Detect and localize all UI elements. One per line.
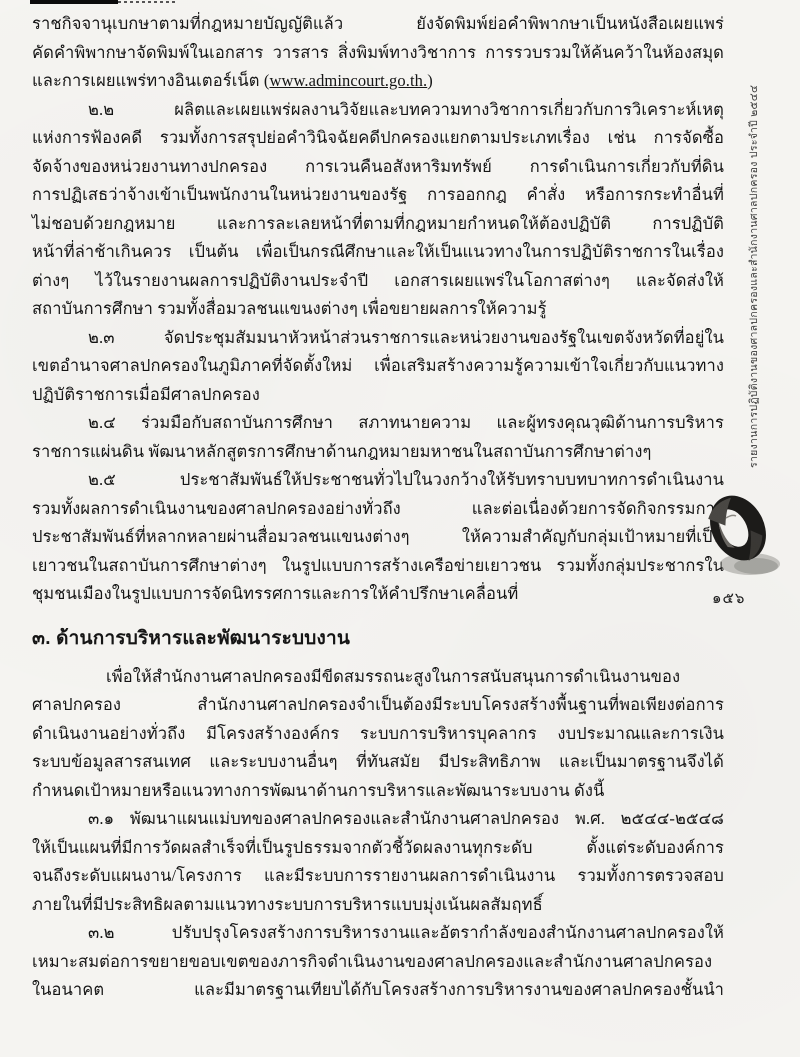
body-line-item-2-2: ๒.๒ ผลิตและเผยแพร่ผลงานวิจัยและบทความทาง… [32,96,724,125]
body-line: หน้าที่ล่าช้าเกินควร เป็นต้น เพื่อเป็นกร… [32,238,724,267]
body-line-item-2-3: ๒.๓ จัดประชุมสัมมนาหัวหน้าส่วนราชการและห… [32,324,724,353]
body-line: เหมาะสมต่อการขยายขอบเขตของภารกิจดำเนินงา… [32,948,724,977]
body-line-item-2-5: ๒.๕ ประชาสัมพันธ์ให้ประชาชนทั่วไปในวงกว้… [32,466,724,495]
body-line: ศาลปกครอง สำนักงานศาลปกครองจำเป็นต้องมีร… [32,691,724,720]
body-line: ชุมชนเมืองในรูปแบบการจัดนิทรรศการและการใ… [32,580,724,609]
body-line-with-link: และการเผยแพร่ทางอินเตอร์เน็ต (www.adminc… [32,67,724,96]
body-line: ระบบข้อมูลสารสนเทศ และระบบงานอื่นๆ ที่ทั… [32,748,724,777]
body-line: เขตอำนาจศาลปกครองในภูมิภาคที่จัดตั้งใหม่… [32,352,724,381]
body-line: ดำเนินงานอย่างทั่วถึง มีโครงสร้างองค์กร … [32,720,724,749]
body-line: กำหนดเป้าหมายหรือแนวทางการพัฒนาด้านการบร… [32,777,724,806]
body-line: การปฏิเสธว่าจ้างเข้าเป็นพนักงานในหน่วยงา… [32,181,724,210]
body-line: ปฏิบัติราชการเมื่อมีศาลปกครอง [32,381,724,410]
body-line: ให้เป็นแผนที่มีการวัดผลสำเร็จที่เป็นรูปธ… [32,834,724,863]
body-line: ไม่ชอบด้วยกฎหมาย และการละเลยหน้าที่ตามที… [32,210,724,239]
body-line: ในอนาคต และมีมาตรฐานเทียบได้กับโครงสร้าง… [32,976,724,1005]
link-prefix-text: และการเผยแพร่ทางอินเตอร์เน็ต ( [32,71,269,90]
body-line: ราชการแผ่นดิน พัฒนาหลักสูตรการศึกษาด้านก… [32,438,724,467]
document-page: ราชกิจจานุเบกษาตามที่กฎหมายบัญญัติแล้ว ย… [0,0,800,1057]
body-line: รวมทั้งผลการดำเนินงานของศาลปกครองอย่างทั… [32,495,724,524]
body-line-item-3-1: ๓.๑ พัฒนาแผนแม่บทของศาลปกครองและสำนักงาน… [32,805,724,834]
body-line: ราชกิจจานุเบกษาตามที่กฎหมายบัญญัติแล้ว ย… [32,10,724,39]
body-line: ต่างๆ ไว้ในรายงานผลการปฏิบัติงานประจำปี … [32,267,724,296]
section-heading: ๓. ด้านการบริหารและพัฒนาระบบงาน [32,624,724,654]
ring-graphic [698,476,784,586]
body-line-item-3-2: ๓.๒ ปรับปรุงโครงสร้างการบริหารงานและอัตร… [32,919,724,948]
body-line: จัดจ้างของหน่วยงานทางปกครอง การเวนคืนอสั… [32,153,724,182]
scan-artifact-dots [118,1,178,3]
body-line: จนถึงระดับแผนงาน/โครงการ และมีระบบการราย… [32,862,724,891]
sidebar-report-title: รายงานการปฏิบัติงานของศาลปกครองและสำนักง… [745,112,758,468]
body-line: เยาวชนในสถาบันการศึกษาต่างๆ ในรูปแบบการส… [32,552,724,581]
scan-artifact-line [30,0,118,4]
body-line: คัดคำพิพากษาจัดพิมพ์ในเอกสาร วารสาร สิ่ง… [32,39,724,68]
body-line-item-2-4: ๒.๔ ร่วมมือกับสถาบันการศึกษา สภาทนายความ… [32,409,724,438]
body-line: ประชาสัมพันธ์ที่หลากหลายผ่านสื่อมวลชนแขน… [32,523,724,552]
body-line: ภายในที่มีประสิทธิผลตามแนวทางระบบการบริห… [32,891,724,920]
body-line: เพื่อให้สำนักงานศาลปกครองมีขีดสมรรถนะสูง… [32,663,724,692]
body-text-column: ราชกิจจานุเบกษาตามที่กฎหมายบัญญัติแล้ว ย… [32,10,724,1005]
page-number: ๑๕๖ [712,586,745,610]
ring-image [698,476,784,586]
admincourt-url-text: www.admincourt.go.th. [269,71,427,90]
body-line: แห่งการฟ้องคดี รวมทั้งการสรุปย่อคำวินิจฉ… [32,124,724,153]
body-line: สถาบันการศึกษา รวมทั้งสื่อมวลชนแขนงต่างๆ… [32,295,724,324]
link-suffix-text: ) [427,71,433,90]
